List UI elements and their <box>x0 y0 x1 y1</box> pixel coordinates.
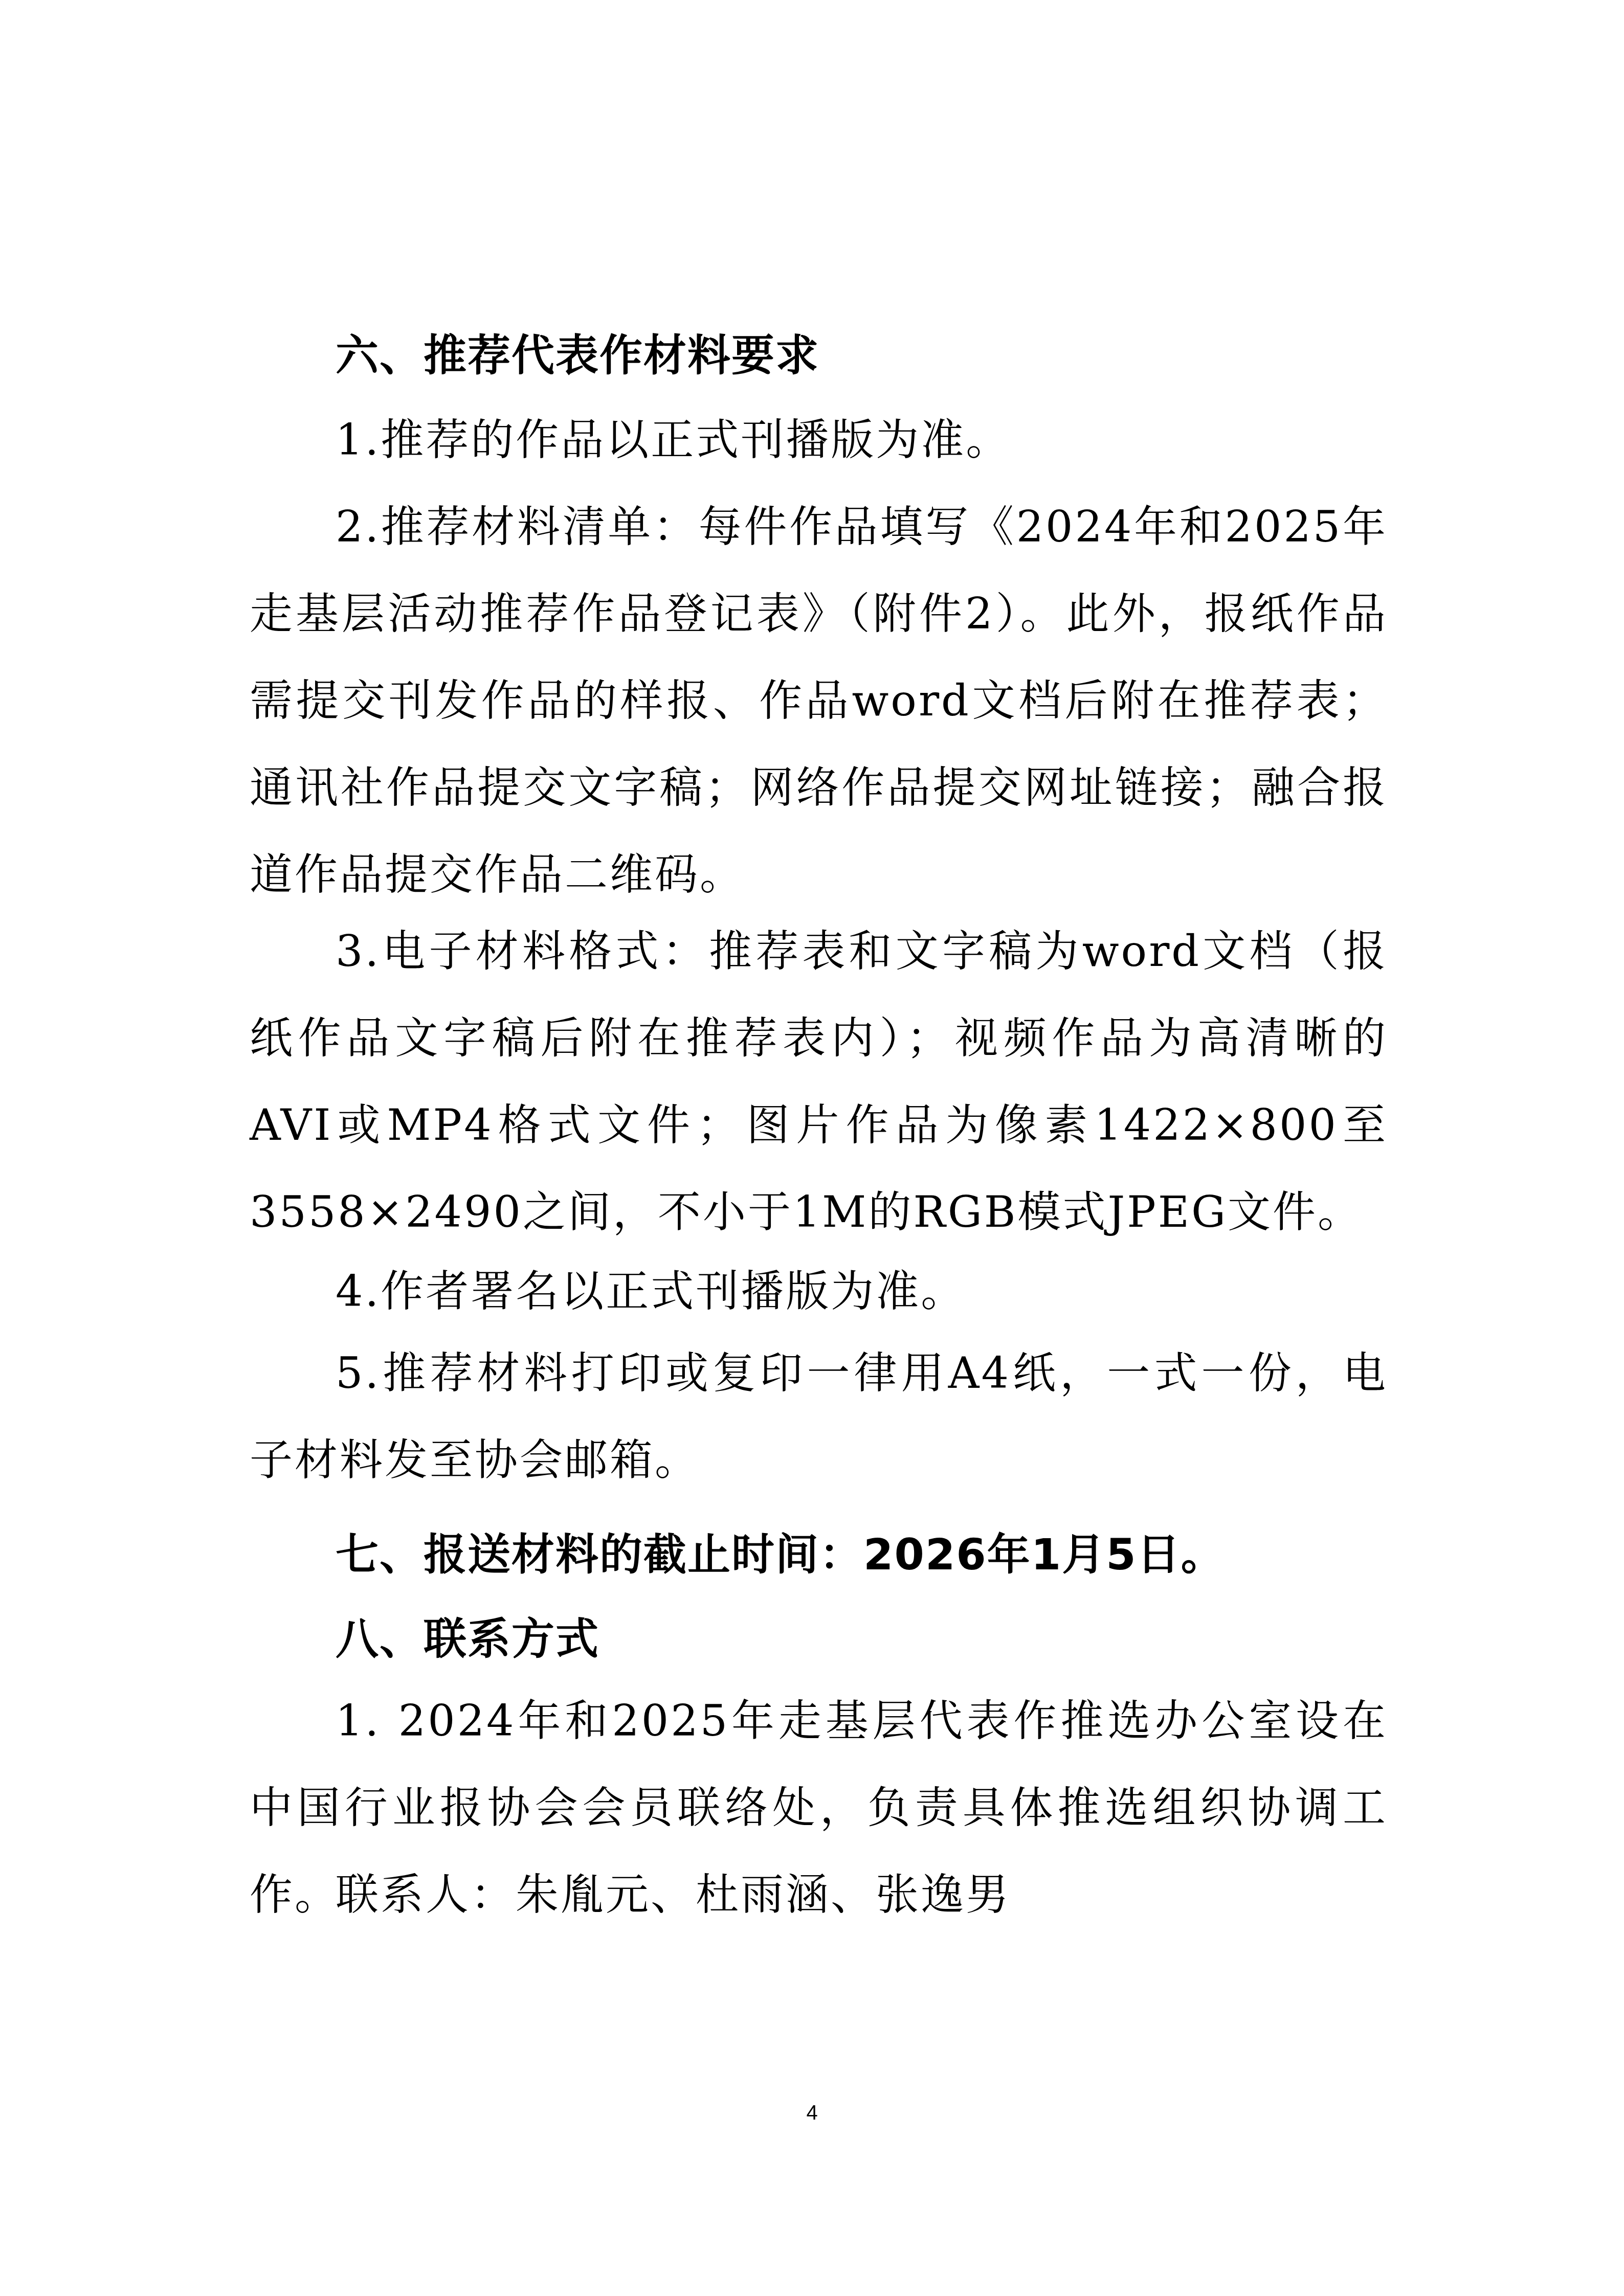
contact-persons: 联系人：朱胤元、杜雨涵、张逸男 <box>250 1851 1388 1938</box>
section-8-heading: 八、联系方式 <box>250 1595 1388 1682</box>
section-6-heading: 六、推荐代表作材料要求 <box>250 312 1388 399</box>
section-6-item-3: 3.电子材料格式：推荐表和文字稿为word文档（报纸作品文字稿后附在推荐表内）；… <box>250 908 1388 1255</box>
section-6-item-2: 2.推荐材料清单：每件作品填写《2024年和2025年走基层活动推荐作品登记表》… <box>250 483 1388 918</box>
section-6-item-5: 5.推荐材料打印或复印一律用A4纸，一式一份，电子材料发至协会邮箱。 <box>250 1330 1388 1503</box>
section-6-item-1: 1.推荐的作品以正式刊播版为准。 <box>250 396 1388 483</box>
section-7-heading: 七、报送材料的截止时间：2026年1月5日。 <box>250 1511 1388 1598</box>
page-number: 4 <box>0 2102 1624 2125</box>
section-6-item-4: 4.作者署名以正式刊播版为准。 <box>250 1248 1388 1335</box>
document-page: 六、推荐代表作材料要求 1.推荐的作品以正式刊播版为准。 2.推荐材料清单：每件… <box>0 0 1624 2296</box>
